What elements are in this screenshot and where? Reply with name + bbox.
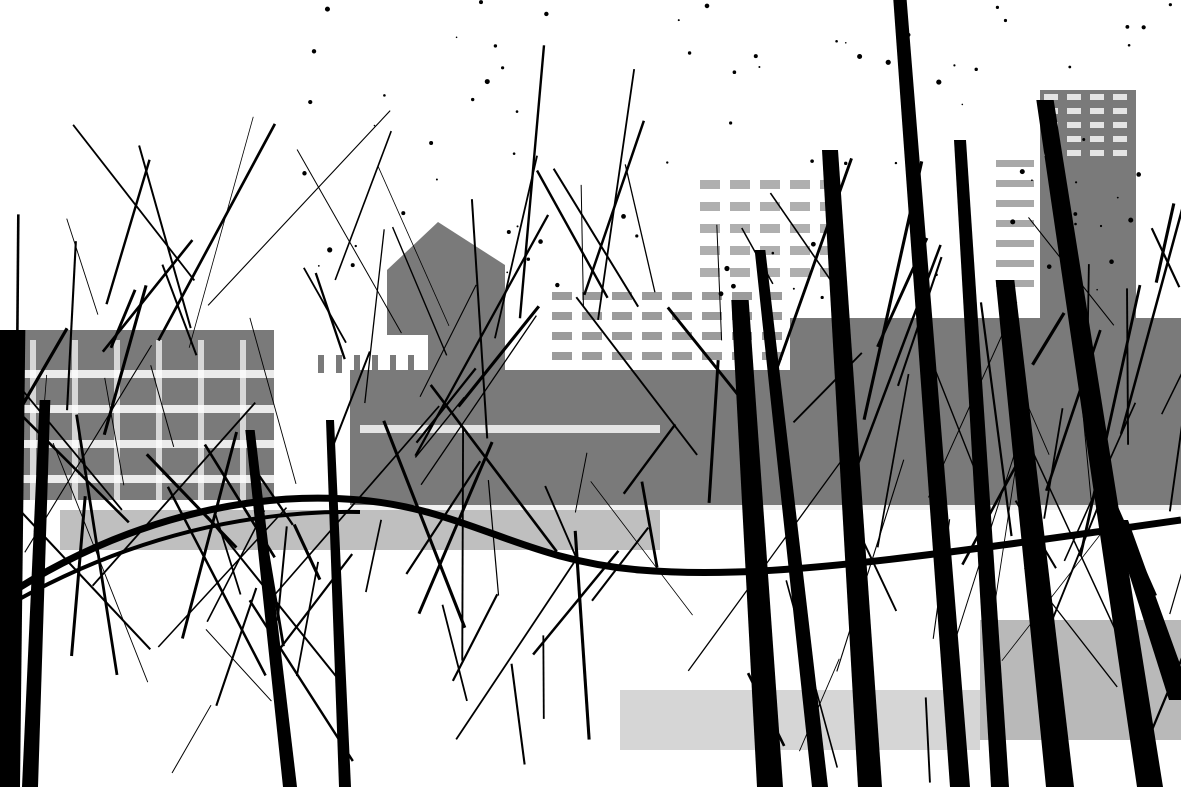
office-window [760,180,780,189]
speckle [621,214,626,219]
speckle [729,121,732,124]
twig [139,146,191,329]
office-window [700,202,720,211]
speckle [688,51,691,54]
speckle [810,159,814,163]
speckle [1136,172,1141,177]
tower-window [1113,122,1127,128]
twig [189,117,253,348]
twig [537,170,608,297]
speckle [935,273,938,276]
speckle [811,242,816,247]
speckle [351,263,355,267]
building-window [318,355,324,373]
office-window [612,312,632,320]
office-window [760,224,780,233]
speckle [456,37,458,39]
tower-window [996,260,1034,267]
tower-window [1067,108,1081,114]
twig [67,219,98,315]
office-window [732,292,752,300]
building-floor-band [14,370,274,378]
speckle [857,54,862,59]
speckle [996,6,999,9]
speckle [821,296,824,299]
speckle [964,207,967,210]
speckle [327,247,332,252]
speckle [678,19,680,21]
office-window [702,312,722,320]
office-window [730,202,750,211]
twig [297,150,401,334]
speckle [1020,169,1025,174]
speckle [516,110,519,113]
office-window [672,292,692,300]
speckle [1073,212,1077,216]
office-window [642,352,662,360]
tower-window [996,180,1034,187]
speckle [312,49,316,53]
speckle [494,44,497,47]
twig [335,131,391,280]
office-window [672,352,692,360]
twig [73,125,194,281]
speckle [471,98,474,101]
speckle [936,79,941,84]
office-window [790,268,810,277]
speckle [844,162,847,165]
speckle [953,64,955,66]
speckle [1096,289,1098,291]
speckle [501,66,504,69]
speckle [517,225,519,227]
building-column [156,340,162,500]
office-window [582,352,602,360]
speckle [1082,138,1085,141]
speckle [302,171,306,175]
speckle [513,152,516,155]
speckle [1117,197,1119,199]
speckle [793,288,795,290]
building-column [114,340,120,500]
tower-window [996,240,1034,247]
office-window [730,180,750,189]
speckle [325,7,330,12]
office-window [730,224,750,233]
speckle [318,265,320,267]
fence-line [360,425,660,433]
speckle [429,141,433,145]
speckle [1010,219,1015,224]
building-column [30,340,36,500]
speckle [538,239,543,244]
speckle [507,230,511,234]
tower-window [1044,94,1058,100]
twig [107,160,150,304]
tower-window [1067,136,1081,142]
tower-window [1067,94,1081,100]
speckle [1109,259,1114,264]
posterized-photo [0,0,1181,787]
speckle [835,40,838,43]
office-window [642,332,662,340]
office-window [790,180,810,189]
speckle [666,161,668,163]
speckle [731,284,736,289]
speckle [895,162,897,164]
office-window [642,292,662,300]
tower-window [1090,108,1104,114]
speckle [1142,25,1146,29]
tower-window [1113,94,1127,100]
speckle [962,104,964,106]
office-window [700,180,720,189]
building-floor-band [14,405,274,413]
speckle [1075,181,1077,183]
tower-window [996,160,1034,167]
tower-window [1090,150,1104,156]
speckle [705,4,710,9]
speckle [1128,44,1131,47]
speckle [544,12,548,16]
speckle [1047,264,1052,269]
photo-scene [0,0,1181,787]
speckle [635,234,638,237]
speckle [355,245,357,247]
office-window [642,312,662,320]
speckle [374,125,376,127]
building-column [198,340,204,500]
tower-window [1090,122,1104,128]
speckle [308,100,312,104]
building-floor-band [14,475,274,483]
office-window [552,292,572,300]
office-window [700,246,720,255]
speckle [1169,3,1172,6]
office-window [552,352,572,360]
tower-window [1113,136,1127,142]
office-window [702,332,722,340]
office-window [552,332,572,340]
tower-window [1067,150,1081,156]
speckle [1125,25,1129,29]
tower-window [1113,150,1127,156]
speckle [527,258,530,261]
twig [158,124,274,341]
office-window [700,268,720,277]
twig [462,428,463,660]
speckle [724,266,729,271]
speckle [1074,223,1077,226]
speckle [555,283,559,287]
speckle [906,33,910,37]
building-window [336,355,342,373]
tower-window [1067,122,1081,128]
speckle [436,178,438,180]
speckle [479,0,483,4]
speckle [1068,66,1071,69]
office-window [730,268,750,277]
tower-window [1090,136,1104,142]
speckle [886,60,891,65]
speckle [1100,225,1102,227]
speckle [1031,179,1033,181]
speckle [485,79,490,84]
speckle [975,68,978,71]
speckle [754,54,758,58]
office-window [790,202,810,211]
twig [304,268,346,343]
office-window [730,246,750,255]
speckle [758,66,760,68]
speckle [401,211,405,215]
office-window [612,332,632,340]
speckle [733,70,737,74]
twig [625,164,655,292]
twig [17,214,18,346]
tower-window [1113,108,1127,114]
speckle [845,42,847,44]
office-window [552,312,572,320]
office-window [582,332,602,340]
speckle [506,271,508,273]
speckle [719,291,724,296]
speckle [1128,218,1133,223]
speckle [772,252,775,255]
tower-window [1090,94,1104,100]
tower-window [996,200,1034,207]
speckle [1004,19,1007,22]
speckle [383,94,386,97]
